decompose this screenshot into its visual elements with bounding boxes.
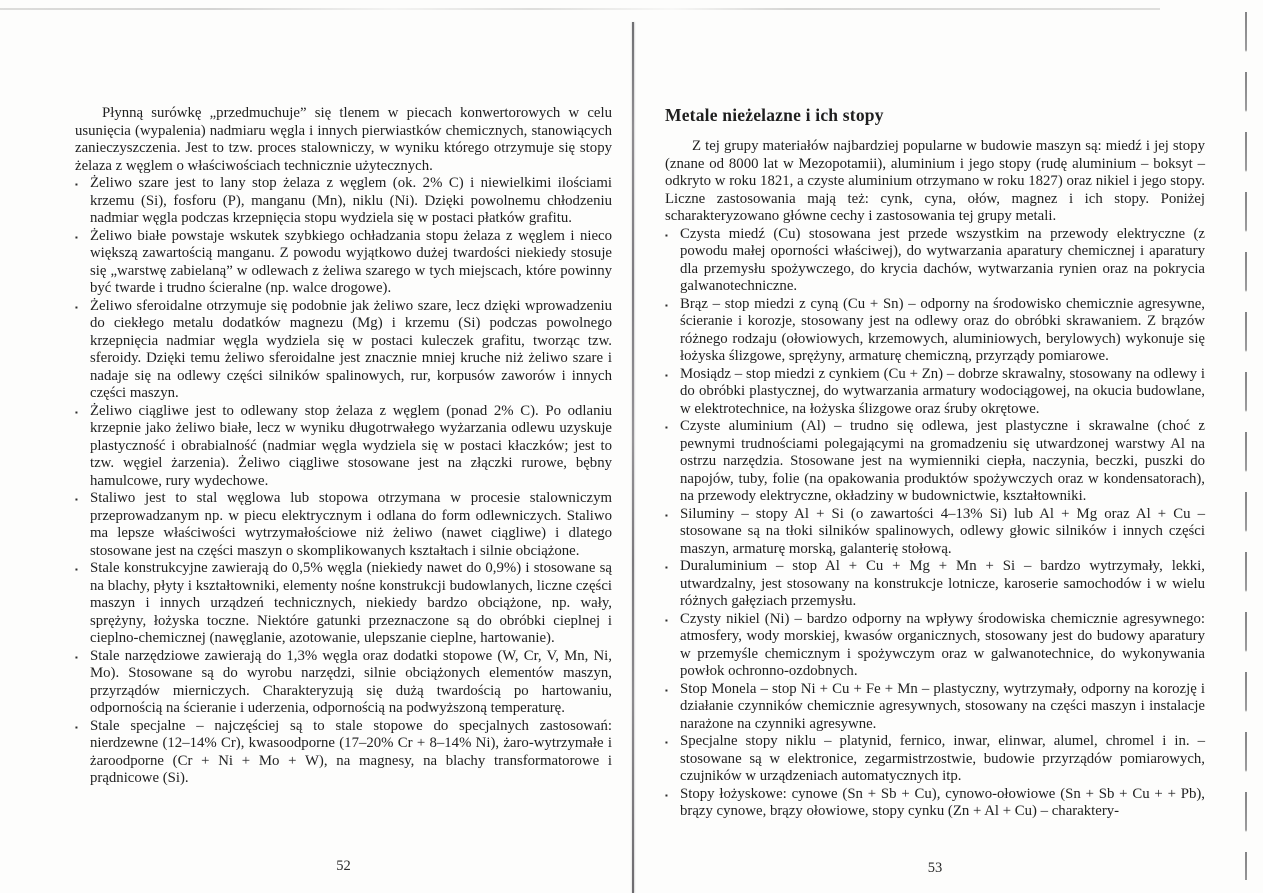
right-intro-paragraph: Z tej grupy materiałów najbardziej popul… — [665, 138, 1205, 226]
bullet-marker: ▪ — [75, 298, 90, 317]
bullet-marker: ▪ — [665, 296, 680, 315]
section-heading: Metale nieżelazne i ich stopy — [665, 105, 1205, 126]
scan-artifact-top-line — [0, 8, 1160, 10]
bullet-marker: ▪ — [75, 648, 90, 667]
right-page: Metale nieżelazne i ich stopy Z tej grup… — [665, 105, 1205, 821]
list-item: ▪ Stale specjalne – najczęściej są to st… — [75, 718, 612, 788]
list-item-text: Siluminy – stopy Al + Si (o zawartości 4… — [680, 506, 1205, 559]
list-item: ▪ Żeliwo sferoidalne otrzymuje się podob… — [75, 298, 612, 403]
list-item-text: Stopy łożyskowe: cynowe (Sn + Sb + Cu), … — [680, 786, 1205, 821]
list-item-text: Żeliwo szare jest to lany stop żelaza z … — [90, 175, 612, 228]
book-gutter-line — [632, 22, 634, 893]
list-item-text: Duraluminium – stop Al + Cu + Mg + Mn + … — [680, 558, 1205, 611]
list-item-text: Mosiądz – stop miedzi z cynkiem (Cu + Zn… — [680, 366, 1205, 419]
bullet-marker: ▪ — [665, 366, 680, 385]
bullet-marker: ▪ — [665, 733, 680, 752]
list-item-text: Stale specjalne – najczęściej są to stal… — [90, 718, 612, 788]
list-item-text: Stale konstrukcyjne zawierają do 0,5% wę… — [90, 560, 612, 648]
left-intro-paragraph: Płynną surówkę „przedmuchuje” się tlenem… — [75, 105, 612, 175]
list-item: ▪ Stale konstrukcyjne zawierają do 0,5% … — [75, 560, 612, 648]
list-item: ▪ Siluminy – stopy Al + Si (o zawartości… — [665, 506, 1205, 559]
list-item-text: Żeliwo ciągliwe jest to odlewany stop że… — [90, 403, 612, 491]
bullet-marker: ▪ — [75, 718, 90, 737]
list-item: ▪ Mosiądz – stop miedzi z cynkiem (Cu + … — [665, 366, 1205, 419]
list-item-text: Czysty nikiel (Ni) – bardzo odporny na w… — [680, 611, 1205, 681]
left-page: Płynną surówkę „przedmuchuje” się tlenem… — [75, 105, 612, 788]
list-item-text: Żeliwo sferoidalne otrzymuje się podobni… — [90, 298, 612, 403]
list-item: ▪ Duraluminium – stop Al + Cu + Mg + Mn … — [665, 558, 1205, 611]
list-item: ▪ Żeliwo białe powstaje wskutek szybkieg… — [75, 228, 612, 298]
list-item: ▪ Czysty nikiel (Ni) – bardzo odporny na… — [665, 611, 1205, 681]
list-item: ▪ Stopy łożyskowe: cynowe (Sn + Sb + Cu)… — [665, 786, 1205, 821]
list-item: ▪ Czysta miedź (Cu) stosowana jest przed… — [665, 226, 1205, 296]
list-item: ▪ Specjalne stopy niklu – platynid, fern… — [665, 733, 1205, 786]
bullet-marker: ▪ — [665, 226, 680, 245]
list-item: ▪ Staliwo jest to stal węglowa lub stopo… — [75, 490, 612, 560]
list-item: ▪ Czyste aluminium (Al) – trudno się odl… — [665, 418, 1205, 506]
bullet-marker: ▪ — [665, 506, 680, 525]
list-item-text: Czysta miedź (Cu) stosowana jest przede … — [680, 226, 1205, 296]
list-item-text: Staliwo jest to stal węglowa lub stopowa… — [90, 490, 612, 560]
list-item-text: Specjalne stopy niklu – platynid, fernic… — [680, 733, 1205, 786]
list-item: ▪ Żeliwo szare jest to lany stop żelaza … — [75, 175, 612, 228]
bullet-marker: ▪ — [75, 403, 90, 422]
page-number-53: 53 — [665, 860, 1205, 877]
bullet-marker: ▪ — [665, 558, 680, 577]
list-item-text: Brąz – stop miedzi z cyną (Cu + Sn) – od… — [680, 296, 1205, 366]
scan-artifact-page-edge — [1245, 12, 1247, 880]
scanned-book-spread: { "document": { "kind": "scanned book sp… — [0, 0, 1263, 893]
bullet-marker: ▪ — [665, 611, 680, 630]
bullet-marker: ▪ — [665, 418, 680, 437]
bullet-marker: ▪ — [75, 228, 90, 247]
bullet-marker: ▪ — [75, 560, 90, 579]
bullet-marker: ▪ — [665, 681, 680, 700]
list-item-text: Stale narzędziowe zawierają do 1,3% węgl… — [90, 648, 612, 718]
list-item: ▪ Żeliwo ciągliwe jest to odlewany stop … — [75, 403, 612, 491]
bullet-marker: ▪ — [665, 786, 680, 805]
list-item-text: Stop Monela – stop Ni + Cu + Fe + Mn – p… — [680, 681, 1205, 734]
list-item: ▪ Stop Monela – stop Ni + Cu + Fe + Mn –… — [665, 681, 1205, 734]
bullet-marker: ▪ — [75, 175, 90, 194]
list-item: ▪ Brąz – stop miedzi z cyną (Cu + Sn) – … — [665, 296, 1205, 366]
list-item: ▪ Stale narzędziowe zawierają do 1,3% wę… — [75, 648, 612, 718]
list-item-text: Żeliwo białe powstaje wskutek szybkiego … — [90, 228, 612, 298]
page-number-52: 52 — [75, 858, 612, 875]
bullet-marker: ▪ — [75, 490, 90, 509]
list-item-text: Czyste aluminium (Al) – trudno się odlew… — [680, 418, 1205, 506]
